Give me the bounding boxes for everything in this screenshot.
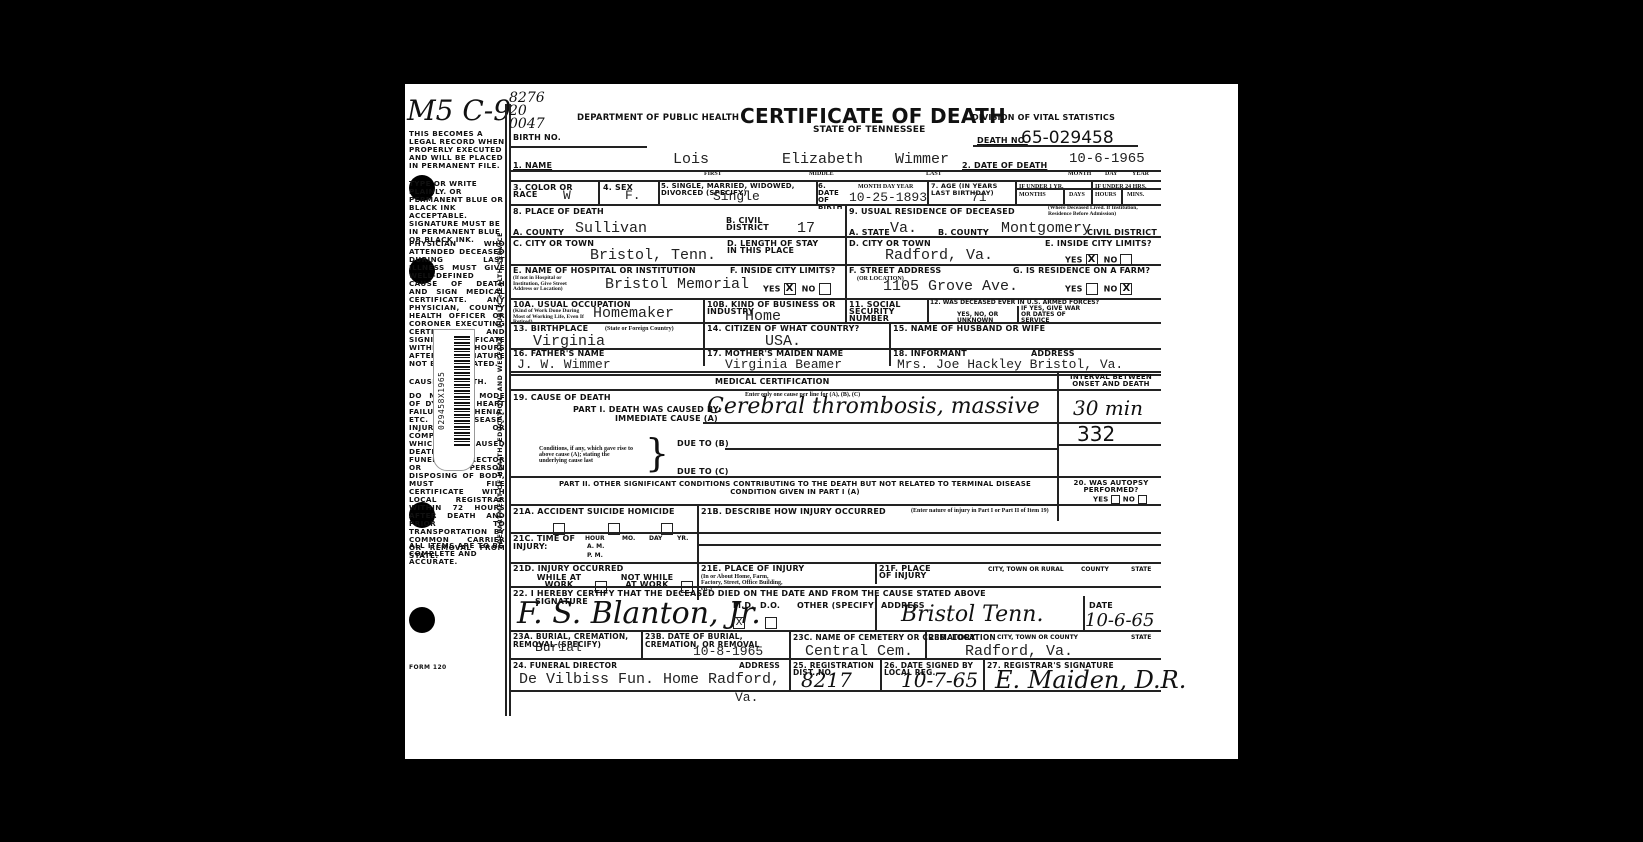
mother-maiden-name: Virginia Beamer: [725, 357, 842, 372]
burial-date: 10-8-1965: [693, 644, 763, 659]
burial-method: Burial: [535, 640, 582, 655]
funeral-director: De Vilbiss Fun. Home Radford,: [519, 672, 780, 687]
immediate-cause: Cerebral thrombosis, massive: [707, 394, 1040, 419]
medical-certification-title: MEDICAL CERTIFICATION: [715, 378, 830, 386]
funeral-director-state: Va.: [735, 690, 758, 705]
occupation: Homemaker: [593, 306, 674, 321]
autopsy-no-checkbox[interactable]: [1138, 495, 1147, 504]
age: 71: [971, 190, 987, 205]
interval-a: 30 min: [1073, 396, 1143, 420]
color-race: W: [563, 188, 571, 203]
place-of-death-label: 8. PLACE OF DEATH: [513, 208, 604, 216]
state-label: STATE OF TENNESSEE: [813, 126, 926, 134]
date-of-birth: 10-25-1893: [849, 190, 927, 205]
death-certificate: M5 C-9 THIS BECOMES A LEGAL RECORD WHEN …: [405, 84, 1238, 759]
name-first: Lois: [673, 152, 709, 167]
burial-location: Radford, Va.: [965, 644, 1073, 659]
barcode-label: 029458X1965: [433, 329, 475, 471]
vertical-department-text: DEPARTMENT OF HEALTH, EDUCATION, AND WEL…: [497, 232, 504, 544]
residence-county: Montgomery: [1001, 221, 1091, 236]
death-city: Bristol, Tenn.: [590, 248, 716, 263]
death-county: Sullivan: [575, 221, 647, 236]
registration-district: 8217: [801, 668, 852, 692]
date-of-death-label: 2. DATE OF DEATH: [962, 162, 1047, 170]
cemetery-name: Central Cem.: [805, 644, 913, 659]
residence-state: Va.: [890, 221, 917, 236]
name-label: 1. NAME: [513, 162, 552, 170]
barcode: [454, 336, 470, 446]
farm-yes-checkbox[interactable]: [1086, 283, 1098, 295]
date-of-birth-label: 6. DATE OF BIRTH: [818, 183, 848, 211]
autopsy-yes-checkbox[interactable]: [1111, 495, 1120, 504]
citizenship: USA.: [765, 334, 801, 349]
residence-city: Radford, Va.: [885, 248, 993, 263]
farm-no-checkbox[interactable]: X: [1120, 283, 1132, 295]
division-label: DIVISION OF VITAL STATISTICS: [972, 114, 1115, 122]
date-of-death: 10-6-1965: [1069, 152, 1145, 167]
md-checkbox[interactable]: X: [733, 617, 745, 629]
informant: Mrs. Joe Hackley Bristol, Va.: [897, 357, 1123, 372]
date-signed-local-reg: 10-7-65: [901, 668, 978, 692]
sex: F.: [625, 188, 641, 203]
legal-note: THIS BECOMES A LEGAL RECORD WHEN PROPERL…: [409, 130, 505, 170]
name-last: Wimmer: [895, 152, 949, 167]
punch-hole: [409, 607, 435, 633]
birth-number-handwritten: 8276 20 0047: [509, 92, 545, 131]
do-checkbox[interactable]: [765, 617, 777, 629]
birthplace: Virginia: [533, 334, 605, 349]
ink-note: TYPE OR WRITE PLAINLY. OR PERMANENT BLUE…: [409, 180, 505, 244]
physician-address: Bristol Tenn.: [901, 602, 1043, 627]
department-label: DEPARTMENT OF PUBLIC HEALTH: [577, 114, 739, 122]
birth-no-label: BIRTH NO.: [513, 134, 561, 142]
marital-status: Single: [713, 189, 760, 204]
physician-signature: F. S. Blanton, Jr.: [517, 596, 761, 631]
name-middle: Elizabeth: [782, 152, 863, 167]
death-inside-city-no-checkbox[interactable]: [819, 283, 831, 295]
death-inside-city-yes-checkbox[interactable]: X: [784, 283, 796, 295]
barcode-text: 029458X1965: [437, 372, 446, 430]
residence-label: 9. USUAL RESIDENCE OF DECEASED: [849, 208, 1015, 216]
interval-b: 332: [1077, 422, 1115, 446]
hospital-name: Bristol Memorial: [605, 277, 749, 292]
father-name: J. W. Wimmer: [517, 357, 611, 372]
form-number: FORM 120: [409, 664, 447, 672]
death-civil-district: 17: [797, 221, 815, 236]
items-note: ALL ITEMS ARE TO BE COMPLETE AND ACCURAT…: [409, 542, 505, 566]
certification-date: 10-6-65: [1085, 610, 1154, 631]
corner-handwritten-code: M5 C-9: [407, 94, 511, 127]
residence-street: 1105 Grove Ave.: [883, 279, 1018, 294]
